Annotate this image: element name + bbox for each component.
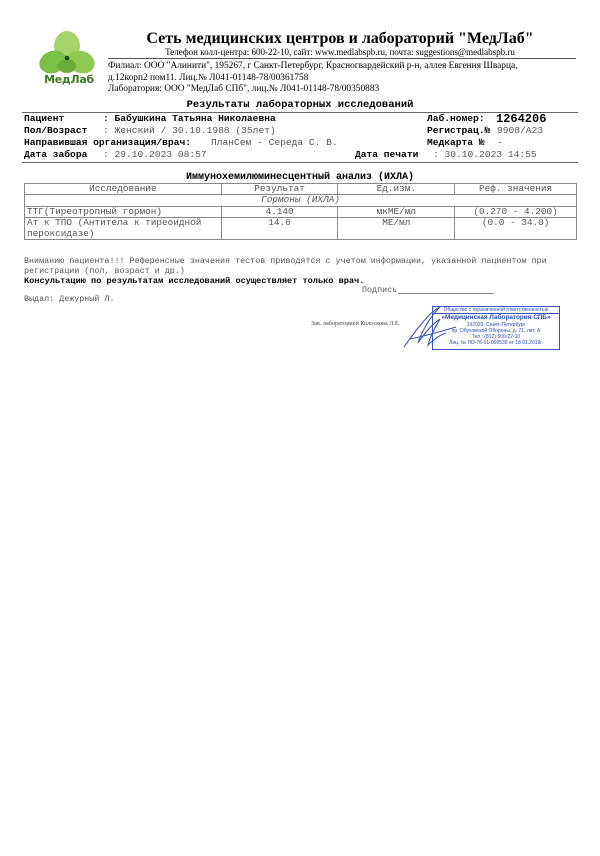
medcard-label: Медкарта № [427,138,485,149]
referrer-value: ПланСем - Середа С. В. [211,138,338,149]
group-label: Гормоны (ИХЛА) [25,195,577,206]
sex-age-row: Пол/Возраст [24,126,87,137]
collection-date-row: Дата забора [24,150,87,161]
column-header-result: Результат [221,184,338,195]
signature-line [398,293,494,294]
results-table: Исследование Результат Ед.изм. Реф. знач… [24,183,577,240]
referrer-label: Направившая организация/врач: [24,137,191,148]
collection-date-value: : 29.10.2023 08:57 [103,150,207,161]
branch-line-2: д.12корп2 пом11. Лиц.№ Л041-01148-78/003… [108,73,578,85]
signature-label: Подпись [362,285,397,295]
collection-date-label: Дата забора [24,149,87,160]
table-row: Ат к ТПО (Антитела к тиреоидной пероксид… [25,218,577,240]
logo-text: МедЛаб [36,73,102,86]
stamp-line-4: Лиц. № ЛО-78-01-009539 от 18.01.2019г. [433,340,559,346]
medcard-value: - [497,138,503,149]
test-unit: МЕ/мл [338,218,455,240]
patient-name-label: Пациент [24,113,64,124]
test-name: ТТГ(Тиреотропный гормон) [25,206,222,217]
patient-name-row: Пациент [24,114,64,125]
column-header-unit: Ед.изм. [338,184,455,195]
sex-age-value: : Женский / 30.10.1988 (35лет) [103,126,276,137]
sex-age-label: Пол/Возраст [24,125,87,136]
column-header-ref: Реф. значения [455,184,577,195]
org-contacts: Телефон колл-центра: 600-22-10, сайт: ww… [110,47,570,57]
print-date-label: Дата печати [355,150,418,161]
branch-info: Филиал: ООО "Алинити", 195267, г Санкт-П… [108,61,578,96]
table-header-row: Исследование Результат Ед.изм. Реф. знач… [25,184,577,195]
table-row: ТТГ(Тиреотропный гормон) 4.140 мкМЕ/мл (… [25,206,577,217]
header-divider [108,58,576,59]
lab-line: Лаборатория: ООО "МедЛаб СПб", лиц.№ Л04… [108,84,578,96]
test-ref: (0.270 - 4.200) [455,206,577,217]
print-date-value: : 30.10.2023 14:55 [433,150,537,161]
group-row: Гормоны (ИХЛА) [25,195,577,206]
branch-line-1: Филиал: ООО "Алинити", 195267, г Санкт-П… [108,61,578,73]
org-title: Сеть медицинских центров и лабораторий "… [110,30,570,48]
lab-number-label: Лаб.номер: [427,114,485,125]
section-title: Иммунохемилюминесцентный анализ (ИХЛА) [20,172,580,183]
referrer-row: Направившая организация/врач: [24,138,191,149]
test-unit: мкМЕ/мл [338,206,455,217]
test-ref: (0.0 - 34.0) [455,218,577,240]
lab-stamp: Общество с ограниченной ответственностью… [432,306,560,350]
stamp-name: «Медицинская Лаборатория СПБ» [433,314,559,322]
test-result: 4.140 [221,206,338,217]
report-title: Результаты лабораторных исследований [20,99,580,111]
head-of-lab: Зав. лабораторией Колоскова Л.Е. [311,320,400,327]
patient-name-value: : Бабушкина Татьяна Николаевна [103,114,276,125]
test-name: Ат к ТПО (Антитела к тиреоидной пероксид… [25,218,222,240]
stamp-top: Общество с ограниченной ответственностью [433,307,559,314]
test-result: 14.6 [221,218,338,240]
column-header-test: Исследование [25,184,222,195]
registration-label: Регистрац.№ [427,126,490,137]
divider [22,162,578,163]
issued-by: Выдал: Дежурный Л. [24,294,114,304]
lab-number-value: 1264206 [496,112,546,126]
registration-value: 9908/А23 [497,126,543,137]
patient-notice: Вниманию пациента!!! Референсные значени… [24,257,554,276]
consultation-notice: Консультацию по результатам исследований… [24,276,554,286]
